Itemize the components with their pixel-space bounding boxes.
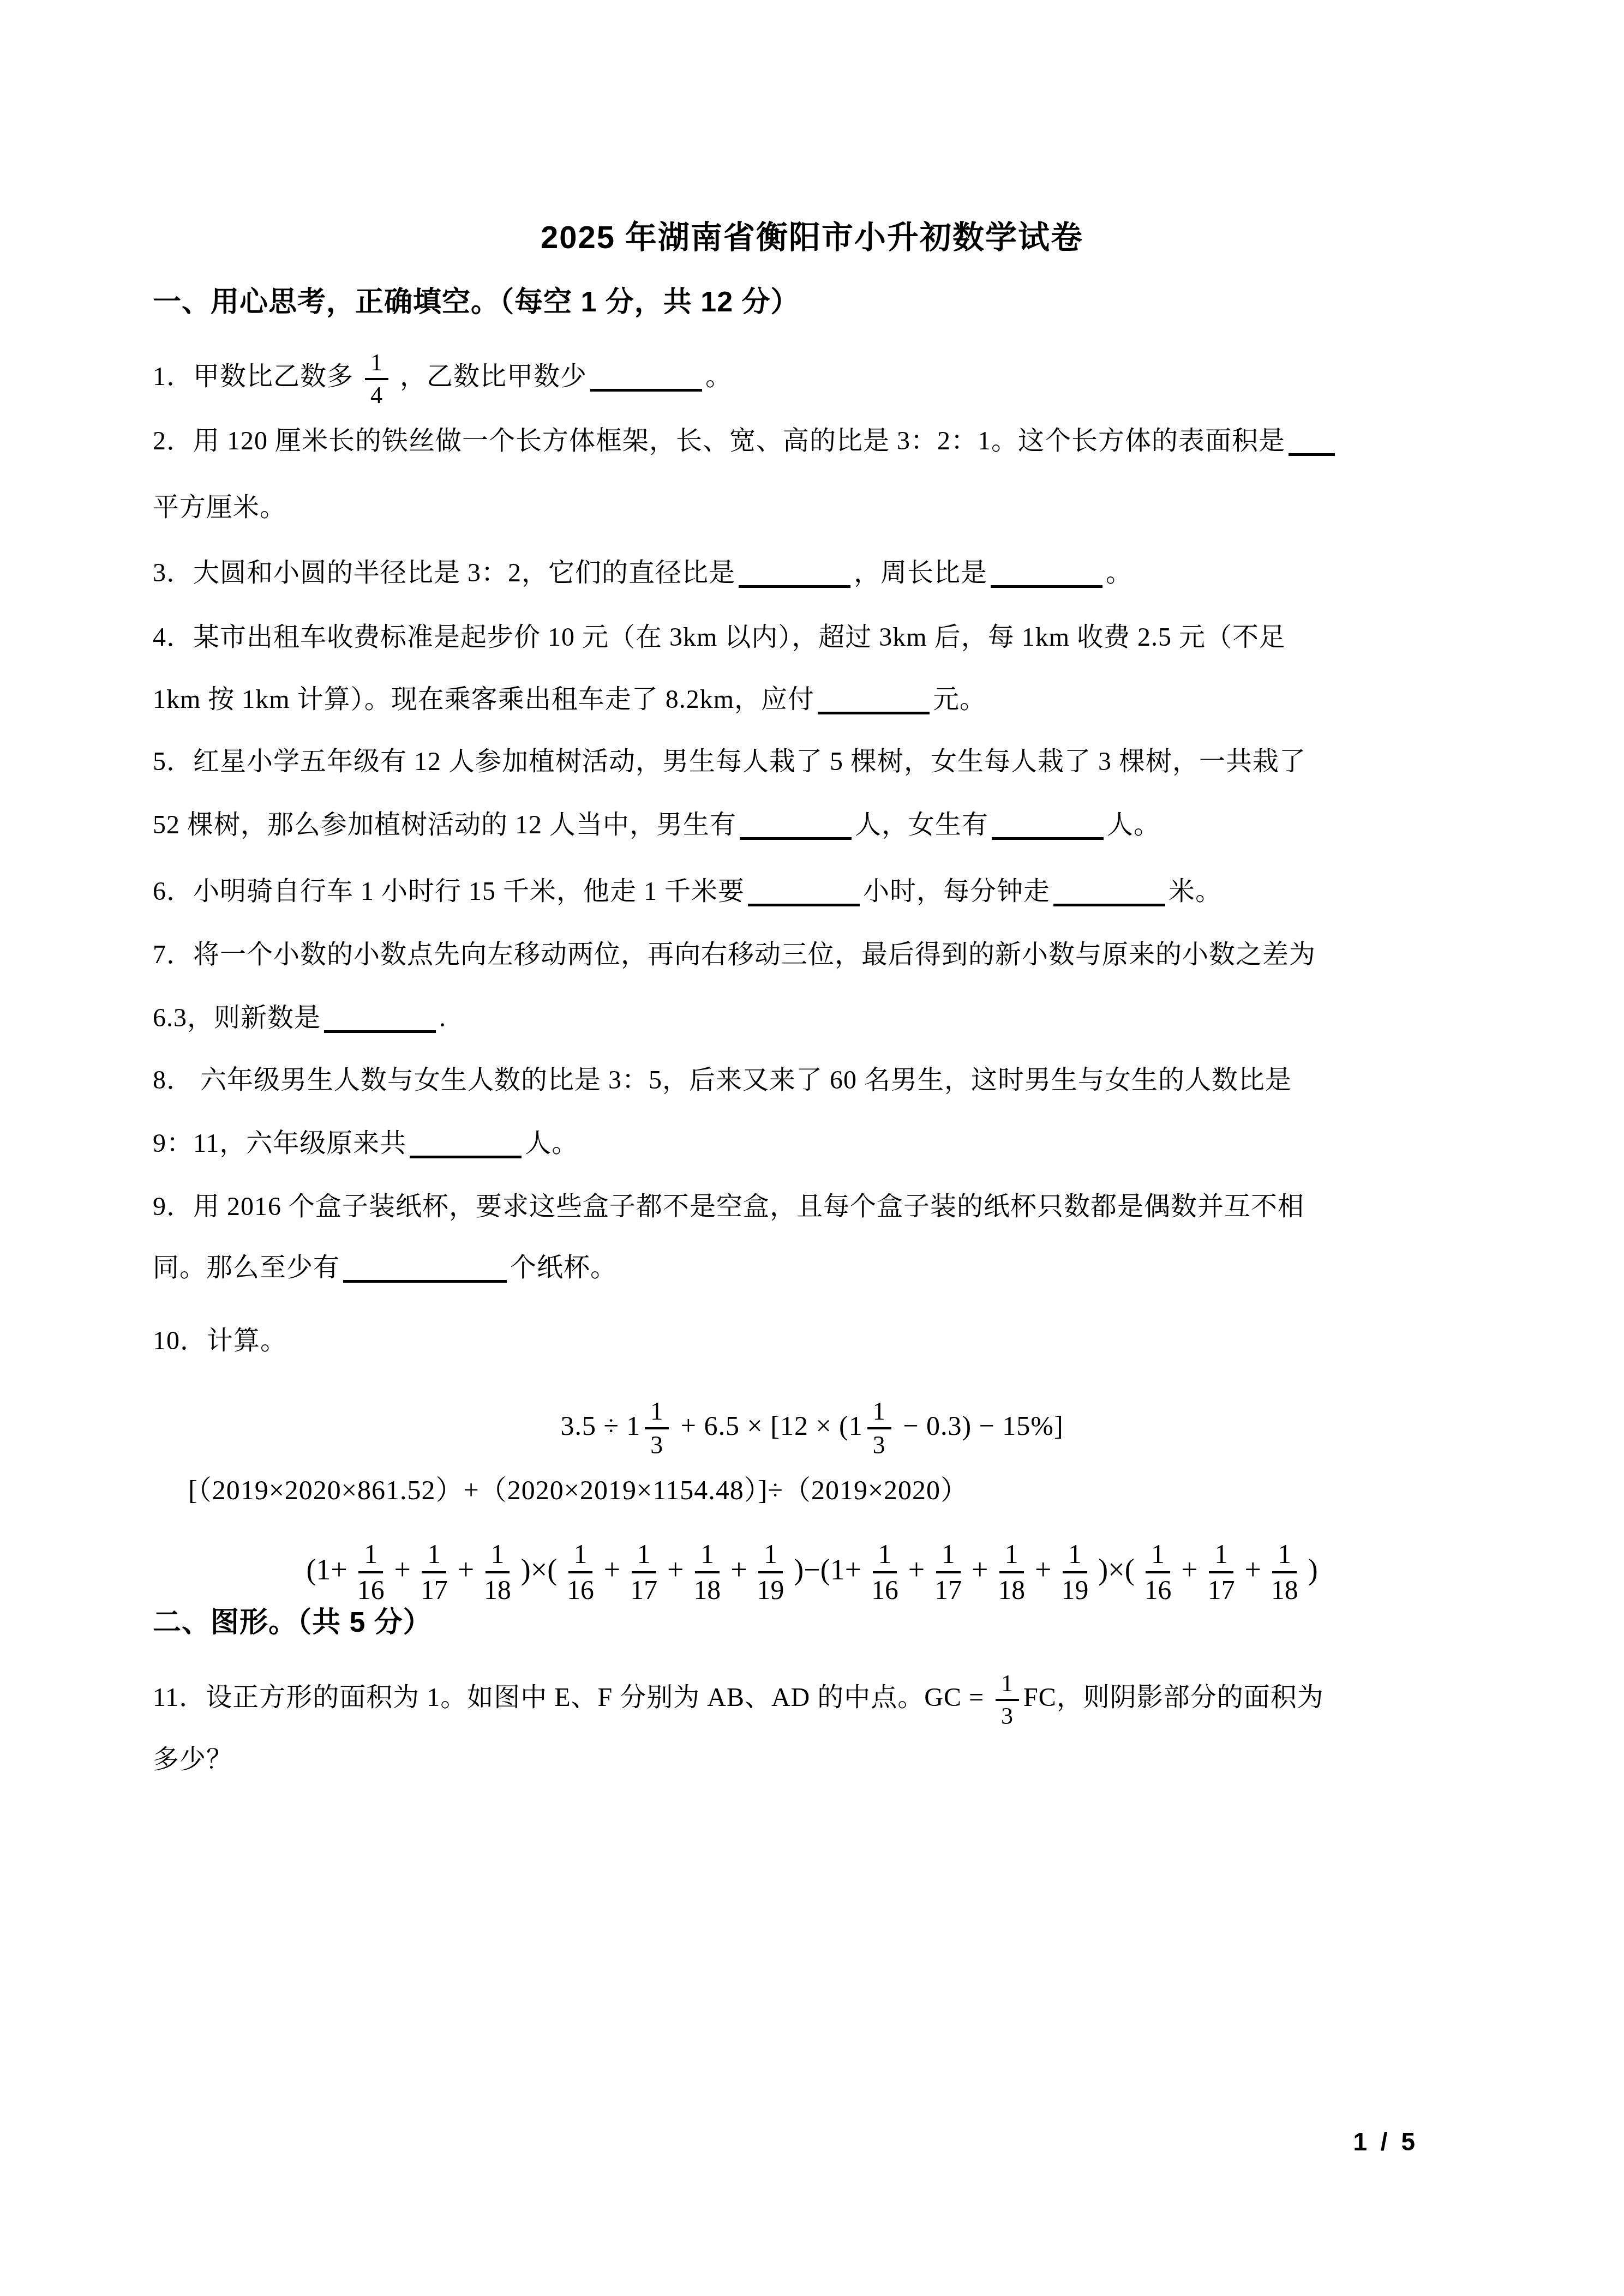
question-1: 1．甲数比乙数多 14 ，乙数比甲数少。: [153, 349, 732, 410]
fraction: 117: [929, 1539, 967, 1606]
fraction: 119: [752, 1539, 790, 1606]
fraction: 119: [1056, 1539, 1094, 1606]
answer-blank: [992, 812, 1104, 840]
question-2-line-2: 平方厘米。: [153, 491, 286, 525]
answer-blank: [1053, 879, 1165, 906]
fraction: 116: [866, 1539, 904, 1606]
question-5-line-2: 52 棵树，那么参加植树活动的 12 人当中，男生有人，女生有人。: [153, 808, 1160, 842]
fraction: 13: [996, 1670, 1019, 1730]
fraction: 14: [365, 349, 388, 410]
question-7-line-1: 7．将一个小数的小数点先向左移动两位，再向右移动三位，最后得到的新小数与原来的小…: [153, 938, 1316, 972]
answer-blank: [818, 687, 930, 714]
question-2-line-1: 2．用 120 厘米长的铁丝做一个长方体框架，长、宽、高的比是 3：2：1。这个…: [153, 424, 1338, 458]
answer-blank: [740, 812, 852, 840]
answer-blank: [343, 1255, 507, 1283]
answer-blank: [748, 879, 860, 906]
question-8-line-1: 8． 六年级男生人数与女生人数的比是 3：5，后来又来了 60 名男生，这时男生…: [153, 1063, 1292, 1097]
page-number: 1 / 5: [1353, 2127, 1418, 2156]
fraction: 118: [1266, 1539, 1304, 1606]
fraction: 117: [1202, 1539, 1241, 1606]
question-5-line-1: 5．红星小学五年级有 12 人参加植树活动，男生每人栽了 5 棵树，女生每人栽了…: [153, 745, 1306, 779]
question-10-expression-1: 3.5 ÷ 113 + 6.5 × [12 × (113 − 0.3) − 15…: [0, 1397, 1624, 1460]
fraction: 116: [1139, 1539, 1177, 1606]
question-11-line-2: 多少？: [153, 1743, 233, 1777]
question-6: 6．小明骑自行车 1 小时行 15 千米，他走 1 千米要小时，每分钟走米。: [153, 875, 1222, 909]
page-title: 2025 年湖南省衡阳市小升初数学试卷: [0, 217, 1624, 258]
fraction: 118: [478, 1539, 517, 1606]
answer-blank: [739, 560, 850, 588]
answer-blank: [1289, 428, 1335, 456]
question-10-expression-3: (1+116+117+118)×(116+117+118+119)−(1+116…: [0, 1539, 1624, 1606]
question-11-line-1: 11．设正方形的面积为 1。如图中 E、F 分别为 AB、AD 的中点。GC =…: [153, 1670, 1324, 1730]
section-2-heading: 二、图形。（共 5 分）: [153, 1604, 432, 1642]
fraction: 116: [352, 1539, 390, 1606]
question-9-line-2: 同。那么至少有个纸杯。: [153, 1251, 617, 1285]
question-10-expression-2: [（2019×2020×861.52）+（2020×2019×1154.48）]…: [188, 1472, 968, 1508]
fraction: 118: [992, 1539, 1030, 1606]
answer-blank: [410, 1131, 522, 1158]
fraction: 117: [415, 1539, 453, 1606]
question-7-line-2: 6.3，则新数是.: [153, 1001, 446, 1035]
answer-blank: [324, 1005, 436, 1033]
answer-blank: [991, 560, 1102, 588]
fraction: 13: [645, 1397, 669, 1460]
question-8-line-2: 9：11，六年级原来共人。: [153, 1127, 578, 1161]
section-1-heading: 一、用心思考，正确填空。（每空 1 分，共 12 分）: [153, 284, 800, 321]
exam-page: 2025 年湖南省衡阳市小升初数学试卷 一、用心思考，正确填空。（每空 1 分，…: [0, 0, 1624, 2296]
fraction: 117: [625, 1539, 663, 1606]
question-9-line-1: 9．用 2016 个盒子装纸杯，要求这些盒子都不是空盒，且每个盒子装的纸杯只数都…: [153, 1190, 1304, 1224]
question-4-line-2: 1km 按 1km 计算）。现在乘客乘出租车走了 8.2km，应付元。: [153, 683, 986, 717]
fraction: 13: [867, 1397, 891, 1460]
question-4-line-1: 4．某市出租车收费标准是起步价 10 元（在 3km 以内），超过 3km 后，…: [153, 621, 1286, 654]
question-10: 10．计算。: [153, 1324, 287, 1358]
answer-blank: [590, 364, 702, 392]
fraction: 116: [561, 1539, 600, 1606]
question-3: 3．大圆和小圆的半径比是 3：2，它们的直径比是，周长比是。: [153, 556, 1132, 590]
fraction: 118: [688, 1539, 726, 1606]
